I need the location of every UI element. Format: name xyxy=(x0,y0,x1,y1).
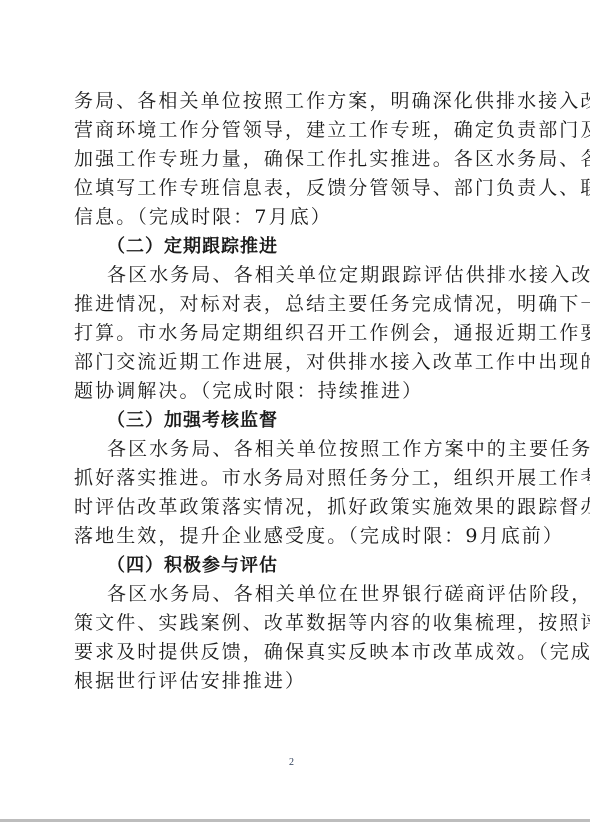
section-heading-2: （二）定期跟踪推进 xyxy=(74,232,520,261)
paragraph-line: 营商环境工作分管领导，建立工作专班，确定负责部门及联络员， xyxy=(74,116,520,145)
paragraph-line: 推进情况，对标对表，总结主要任务完成情况，明确下一步工作 xyxy=(74,290,520,319)
paragraph-line: 策文件、实践案例、改革数据等内容的收集梳理，按照评估工作 xyxy=(74,609,520,638)
paragraph-line: 各区水务局、各相关单位按照工作方案中的主要任务，持续 xyxy=(74,435,520,464)
page-number: 2 xyxy=(289,757,294,768)
paragraph-line: 部门交流近期工作进展，对供排水接入改革工作中出现的难点问 xyxy=(74,348,520,377)
paragraph-line: 要求及时提供反馈，确保真实反映本市改革成效。（完成时限： xyxy=(74,638,520,667)
document-page: 务局、各相关单位按照工作方案，明确深化供排水接入改革优化 营商环境工作分管领导，… xyxy=(0,0,590,819)
paragraph-line: 抓好落实推进。市水务局对照任务分工，组织开展工作考核，及 xyxy=(74,464,520,493)
document-body: 务局、各相关单位按照工作方案，明确深化供排水接入改革优化 营商环境工作分管领导，… xyxy=(74,87,520,696)
paragraph-line: 时评估改革政策落实情况，抓好政策实施效果的跟踪督办，确保 xyxy=(74,493,520,522)
section-heading-4: （四）积极参与评估 xyxy=(74,551,520,580)
paragraph-line: 各区水务局、各相关单位在世界银行磋商评估阶段，做好政 xyxy=(74,580,520,609)
paragraph-line: 各区水务局、各相关单位定期跟踪评估供排水接入改革工作 xyxy=(74,261,520,290)
paragraph-line: 加强工作专班力量，确保工作扎实推进。各区水务局、各相关单 xyxy=(74,145,520,174)
paragraph-line: 落地生效，提升企业感受度。（完成时限：9月底前） xyxy=(74,522,520,551)
section-heading-3: （三）加强考核监督 xyxy=(74,406,520,435)
paragraph-line: 题协调解决。（完成时限：持续推进） xyxy=(74,377,520,406)
paragraph-line: 根据世行评估安排推进） xyxy=(74,667,520,696)
paragraph-line: 打算。市水务局定期组织召开工作例会，通报近期工作要点，各 xyxy=(74,319,520,348)
paragraph-line: 信息。（完成时限：7月底） xyxy=(74,203,520,232)
paragraph-line: 位填写工作专班信息表，反馈分管领导、部门负责人、联络员等 xyxy=(74,174,520,203)
paragraph-line: 务局、各相关单位按照工作方案，明确深化供排水接入改革优化 xyxy=(74,87,520,116)
